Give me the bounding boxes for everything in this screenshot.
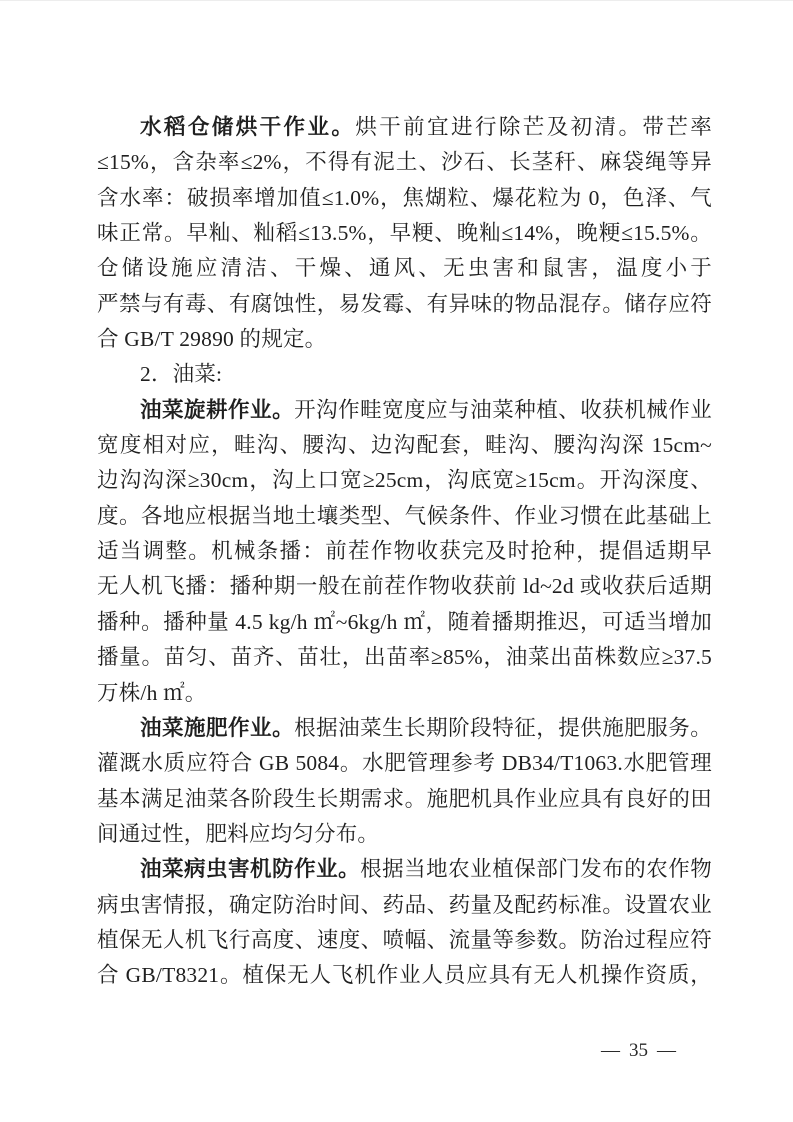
text-line: 味正常。早籼、籼稻≤13.5%，早粳、晚籼≤14%，晚粳≤15.5%。: [97, 216, 712, 251]
text-line: 基本满足油菜各阶段生长期需求。施肥机具作业应具有良好的田: [97, 782, 712, 817]
text-line: 严禁与有毒、有腐蚀性，易发霉、有异味的物品混存。储存应符: [97, 287, 712, 322]
text-body: 水稻仓储烘干作业。烘干前宜进行除芒及初清。带芒率 ≤15%，含杂率≤2%，不得有…: [97, 110, 712, 994]
text-line: 油菜旋耕作业。开沟作畦宽度应与油菜种植、收获机械作业: [97, 393, 712, 428]
section-number-line: 2．油菜:: [97, 357, 712, 392]
text-run: ≤15%，含杂率≤2%，不得有泥土、沙石、长茎秆、麻袋绳等异物。: [97, 150, 712, 180]
text-line: 边沟沟深≥30cm，沟上口宽≥25cm，沟底宽≥15cm。开沟深度、宽: [97, 463, 712, 498]
text-run: 开沟作畦宽度应与油菜种植、收获机械作业: [294, 398, 712, 422]
text-run: 基本满足油菜各阶段生长期需求。施肥机具作业应具有良好的田: [97, 787, 712, 811]
text-line: 播量。苗匀、苗齐、苗壮，出苗率≥85%，油菜出苗株数应≥37.5: [97, 640, 712, 675]
text-line: 油菜病虫害机防作业。根据当地农业植保部门发布的农作物: [97, 852, 712, 887]
text-line: 适当调整。机械条播：前茬作物收获完及时抢种，提倡适期早播。: [97, 534, 712, 569]
scan-edge-artifact: [0, 0, 793, 1]
text-run: 宽度相对应，畦沟、腰沟、边沟配套，畦沟、腰沟沟深 15cm~ 30cm,: [97, 433, 712, 463]
text-line: 含水率：破损率增加值≤1.0%，焦煳粒、爆花粒为 0，色泽、气: [97, 181, 712, 216]
text-line: 宽度相对应，畦沟、腰沟、边沟配套，畦沟、腰沟沟深 15cm~ 30cm,: [97, 428, 712, 463]
text-line: 植保无人机飞行高度、速度、喷幅、流量等参数。防治过程应符: [97, 923, 712, 958]
text-line: 灌溉水质应符合 GB 5084。水肥管理参考 DB34/T1063.水肥管理: [97, 746, 712, 781]
text-line: 仓储设施应清洁、干燥、通风、无虫害和鼠害，温度小于 25℃，: [97, 251, 712, 286]
text-run: 播种。播种量 4.5 kg/h ㎡~6kg/h ㎡，随着播期推迟，可适当增加: [97, 610, 712, 634]
text-run: 含水率：破损率增加值≤1.0%，焦煳粒、爆花粒为 0，色泽、气: [97, 186, 712, 210]
text-run: 万株/h ㎡。: [97, 681, 207, 705]
text-line: 度。各地应根据当地土壤类型、气候条件、作业习惯在此基础上: [97, 499, 712, 534]
text-run: 合 GB/T 29890 的规定。: [97, 327, 326, 351]
text-run: 根据油菜生长期阶段特征，提供施肥服务。: [294, 716, 712, 740]
footer-dash-right: —: [657, 1040, 676, 1062]
text-run: 根据当地农业植保部门发布的农作物: [360, 857, 712, 881]
text-run: 无人机飞播：播种期一般在前茬作物收获前 ld~2d 或收获后适期: [97, 574, 712, 598]
page-number: 35: [629, 1040, 648, 1062]
text-line: ≤15%，含杂率≤2%，不得有泥土、沙石、长茎秆、麻袋绳等异物。: [97, 145, 712, 180]
text-run: 植保无人机飞行高度、速度、喷幅、流量等参数。防治过程应符: [97, 928, 712, 952]
text-line: 合 GB/T8321。植保无人飞机作业人员应具有无人机操作资质，: [97, 958, 712, 993]
paragraph-heading: 油菜旋耕作业。: [140, 398, 294, 422]
footer-dash-left: —: [601, 1040, 620, 1062]
text-line: 合 GB/T 29890 的规定。: [97, 322, 712, 357]
text-line: 无人机飞播：播种期一般在前茬作物收获前 ld~2d 或收获后适期: [97, 569, 712, 604]
document-page: 水稻仓储烘干作业。烘干前宜进行除芒及初清。带芒率 ≤15%，含杂率≤2%，不得有…: [0, 0, 793, 1122]
text-run: 烘干前宜进行除芒及初清。带芒率: [355, 115, 712, 139]
text-line: 间通过性，肥料应均匀分布。: [97, 817, 712, 852]
text-run: 边沟沟深≥30cm，沟上口宽≥25cm，沟底宽≥15cm。开沟深度、宽: [97, 468, 712, 498]
paragraph-heading: 油菜病虫害机防作业。: [140, 857, 360, 881]
text-run: 严禁与有毒、有腐蚀性，易发霉、有异味的物品混存。储存应符: [97, 292, 712, 316]
paragraph-heading: 水稻仓储烘干作业。: [140, 115, 355, 139]
text-line: 万株/h ㎡。: [97, 676, 712, 711]
text-run: 灌溉水质应符合 GB 5084。水肥管理参考 DB34/T1063.水肥管理: [97, 751, 712, 775]
text-line: 油菜施肥作业。根据油菜生长期阶段特征，提供施肥服务。: [97, 711, 712, 746]
text-run: 仓储设施应清洁、干燥、通风、无虫害和鼠害，温度小于 25℃，: [97, 256, 712, 286]
text-run: 播量。苗匀、苗齐、苗壮，出苗率≥85%，油菜出苗株数应≥37.5: [97, 645, 712, 669]
text-line: 水稻仓储烘干作业。烘干前宜进行除芒及初清。带芒率: [97, 110, 712, 145]
text-run: 适当调整。机械条播：前茬作物收获完及时抢种，提倡适期早播。: [97, 539, 712, 569]
text-run: 合 GB/T8321。植保无人飞机作业人员应具有无人机操作资质，: [97, 963, 712, 987]
text-run: 间通过性，肥料应均匀分布。: [97, 822, 379, 846]
text-line: 病虫害情报，确定防治时间、药品、药量及配药标准。设置农业: [97, 888, 712, 923]
page-footer: — 35 —: [601, 1040, 676, 1062]
text-run: 味正常。早籼、籼稻≤13.5%，早粳、晚籼≤14%，晚粳≤15.5%。: [97, 221, 712, 245]
text-run: 病虫害情报，确定防治时间、药品、药量及配药标准。设置农业: [97, 893, 712, 917]
text-line: 播种。播种量 4.5 kg/h ㎡~6kg/h ㎡，随着播期推迟，可适当增加: [97, 605, 712, 640]
paragraph-heading: 油菜施肥作业。: [140, 716, 294, 740]
text-run: 度。各地应根据当地土壤类型、气候条件、作业习惯在此基础上: [97, 504, 712, 528]
text-run: 2．油菜:: [140, 362, 222, 386]
